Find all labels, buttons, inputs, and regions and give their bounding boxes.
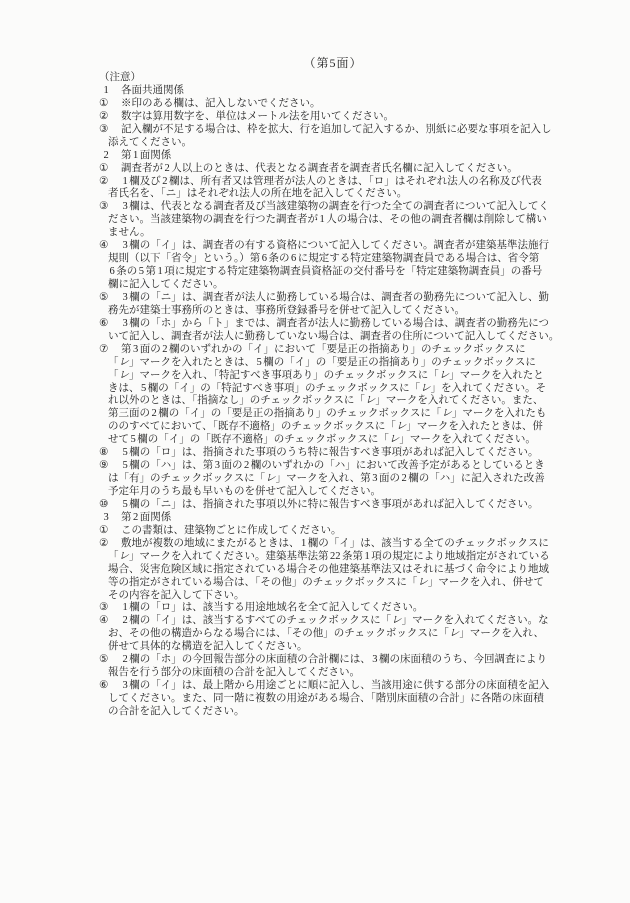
note-item-line: ⑨5欄の「ハ」は、第3面の2欄のいずれかの「ハ」において改善予定があるとしている…: [99, 460, 610, 473]
item-number: ③: [99, 124, 121, 137]
note-item-continuation: 場合、災害危険区域に指定されている場合その他建築基準法又はそれに基づく命令により…: [99, 564, 610, 577]
section-heading-2: 2第1面関係: [99, 150, 610, 163]
item-text: 2欄の「ホ」の今回報告部分の床面積の合計欄には、3欄の床面積のうち、今回調査によ…: [121, 654, 547, 665]
note-item-continuation: 欄に記入してください。: [99, 279, 610, 292]
note-item-continuation: 規則（以下「省令」という。）第6条の6に規定する特定建築物調査員である場合は、省…: [99, 253, 610, 266]
note-item-line: ⑥3欄の「イ」は、最上階から用途ごとに順に記入し、当該用途に供する部分の床面積を…: [99, 680, 610, 693]
check-mark-glyph: レ: [119, 357, 130, 368]
note-item-line: ②1欄及び2欄は、所有者又は管理者が法人のときは、「ロ」はそれぞれ法人の名称及び…: [99, 176, 610, 189]
note-item-line: ①この書類は、建築物ごとに作成してください。: [99, 525, 610, 538]
item-number: ⑩: [99, 499, 121, 512]
note-item-continuation: ののすべてにおいて、「既存不適格」のチェックボックスに「レ」マークを入れたときは…: [99, 421, 610, 434]
item-number: ④: [99, 615, 121, 628]
item-number: ①: [99, 163, 121, 176]
item-number: ⑨: [99, 460, 121, 473]
item-text: 3欄の「イ」は、調査者の有する資格について記入してください。調査者が建築基準法施…: [121, 240, 549, 251]
note-item-continuation: せて5欄の「イ」の「既存不適格」のチェックボックスに「レ」マークを入れてください…: [99, 434, 610, 447]
item-number: ⑦: [99, 344, 121, 357]
item-text: 3欄は、代表となる調査者及び当該建築物の調査を行つた全ての調査者について記入して…: [121, 201, 549, 212]
notes-body: （注意） 1各面共通関係①※印のある欄は、記入しないでください。②数字は算用数字…: [99, 72, 610, 719]
item-text: 5欄の「ニ」は、指摘された事項以外に特に報告すべき事項があれば記入してください。: [121, 499, 539, 510]
section-heading-3: 3第2面関係: [99, 512, 610, 525]
note-item-continuation: は「有」のチェックボックスに「レ」マークを入れ、第3面の2欄の「ハ」に記入された…: [99, 473, 610, 486]
item-text: 2欄の「イ」は、該当するすべてのチェックボックスに「レ」マークを入れてください。…: [121, 615, 549, 626]
item-number: ②: [99, 111, 121, 124]
item-text: 1欄の「ロ」は、該当する用途地域名を全て記入してください。: [121, 602, 423, 613]
item-number: ⑤: [99, 654, 121, 667]
section-title: 各面共通関係: [121, 85, 184, 96]
note-item-line: ⑧5欄の「ロ」は、指摘された事項のうち特に報告すべき事項があれば記入してください…: [99, 447, 610, 460]
note-item-continuation: 予定年月のうち最も早いものを併せて記入してください。: [99, 486, 610, 499]
item-text: 5欄の「ロ」は、指摘された事項のうち特に報告すべき事項があれば記入してください。: [121, 447, 539, 458]
note-item-line: ⑤2欄の「ホ」の今回報告部分の床面積の合計欄には、3欄の床面積のうち、今回調査に…: [99, 654, 610, 667]
item-number: ⑧: [99, 447, 121, 460]
note-item-continuation: その内容を記入して下さい。: [99, 590, 610, 603]
note-item-continuation: 添えてください。: [99, 137, 610, 150]
note-item-line: ①※印のある欄は、記入しないでください。: [99, 98, 610, 111]
sections-container: 1各面共通関係①※印のある欄は、記入しないでください。②数字は算用数字を、単位は…: [99, 85, 610, 719]
note-item-line: ③1欄の「ロ」は、該当する用途地域名を全て記入してください。: [99, 602, 610, 615]
section-number: 1: [99, 85, 121, 98]
item-text: 3欄の「イ」は、最上階から用途ごとに順に記入し、当該用途に供する部分の床面積を記…: [121, 680, 549, 691]
note-item-line: ⑩5欄の「ニ」は、指摘された事項以外に特に報告すべき事項があれば記入してください…: [99, 499, 610, 512]
item-number: ③: [99, 602, 121, 615]
page-title: （第5面）: [0, 56, 630, 70]
item-text: 1欄及び2欄は、所有者又は管理者が法人のときは、「ロ」はそれぞれ法人の名称及び代…: [121, 176, 542, 187]
check-mark-glyph: レ: [119, 551, 130, 562]
note-item-line: ①調査者が2人以上のときは、代表となる調査者を調査者氏名欄に記入してください。: [99, 163, 610, 176]
item-text: 数字は算用数字を、単位はメートル法を用いてください。: [121, 111, 394, 122]
item-text: 敷地が複数の地域にまたがるときは、1欄の「イ」は、該当する全てのチェックボックス…: [121, 538, 549, 549]
check-mark-glyph: レ: [396, 421, 407, 432]
notice-label: （注意）: [99, 72, 610, 85]
check-mark-glyph: レ: [441, 408, 452, 419]
item-number: ⑥: [99, 680, 121, 693]
note-item-line: ⑤3欄の「ニ」は、調査者が法人に勤務している場合は、調査者の勤務先について記入し…: [99, 292, 610, 305]
note-item-continuation: ださい。当該建築物の調査を行つた調査者が1人の場合は、その他の調査者欄は削除して…: [99, 214, 610, 227]
note-item-continuation: 併せて具体的な構造を記入してください。: [99, 641, 610, 654]
item-text: ※印のある欄は、記入しないでください。: [121, 98, 321, 109]
note-item-line: ④3欄の「イ」は、調査者の有する資格について記入してください。調査者が建築基準法…: [99, 240, 610, 253]
check-mark-glyph: レ: [119, 370, 130, 381]
section-title: 第1面関係: [121, 150, 171, 161]
item-text: 調査者が2人以上のときは、代表となる調査者を調査者氏名欄に記入してください。: [121, 163, 518, 174]
item-text: 3欄の「ニ」は、調査者が法人に勤務している場合は、調査者の勤務先について記入し、…: [121, 292, 549, 303]
item-number: ⑥: [99, 318, 121, 331]
document-page: （第5面） （注意） 1各面共通関係①※印のある欄は、記入しないでください。②数…: [0, 0, 630, 903]
note-item-line: ③記入欄が不足する場合は、枠を拡大、行を追加して記入するか、別紙に必要な事項を記…: [99, 124, 610, 137]
note-item-continuation: お、その他の構造からなる場合には、「その他」のチェックボックスに「レ」マークを入…: [99, 628, 610, 641]
item-number: ③: [99, 201, 121, 214]
item-text: 第3面の2欄のいずれかの「イ」において「要是正の指摘あり」のチェックボックスに: [121, 344, 526, 355]
section-title: 第2面関係: [121, 512, 171, 523]
check-mark-glyph: レ: [439, 370, 450, 381]
check-mark-glyph: レ: [449, 628, 460, 639]
note-item-continuation: れ以外のときは、「指摘なし」のチェックボックスに「レ」マークを入れてください。ま…: [99, 395, 610, 408]
section-number: 3: [99, 512, 121, 525]
check-mark-glyph: レ: [389, 434, 400, 445]
note-item-line: ③3欄は、代表となる調査者及び当該建築物の調査を行つた全ての調査者について記入し…: [99, 201, 610, 214]
item-text: この書類は、建築物ごとに作成してください。: [121, 525, 342, 536]
note-item-continuation: 「レ」マークを入れたときは、5欄の「イ」の「要是正の指摘あり」のチェックボックス…: [99, 357, 610, 370]
note-item-continuation: 報告を行う部分の床面積の合計を記入してください。: [99, 667, 610, 680]
item-number: ②: [99, 176, 121, 189]
item-number: ①: [99, 525, 121, 538]
note-item-line: ②数字は算用数字を、単位はメートル法を用いてください。: [99, 111, 610, 124]
note-item-line: ⑥3欄の「ホ」から「ト」までは、調査者が法人に勤務している場合は、調査者の勤務先…: [99, 318, 610, 331]
item-number: ④: [99, 240, 121, 253]
note-item-continuation: 第三面の2欄の「イ」の「要是正の指摘あり」のチェックボックスに「レ」マークを入れ…: [99, 408, 610, 421]
note-item-continuation: 者氏名を、「ニ」はそれぞれ法人の所在地を記入してください。: [99, 188, 610, 201]
note-item-continuation: いて記入し、調査者が法人に勤務していない場合は、調査者の住所について記入してくだ…: [99, 331, 610, 344]
item-text: 3欄の「ホ」から「ト」までは、調査者が法人に勤務している場合は、調査者の勤務先に…: [121, 318, 549, 329]
note-item-line: ④2欄の「イ」は、該当するすべてのチェックボックスに「レ」マークを入れてください…: [99, 615, 610, 628]
note-item-continuation: 務先が建築士事務所のときは、事務所登録番号を併せて記入してください。: [99, 305, 610, 318]
check-mark-glyph: レ: [417, 577, 428, 588]
note-item-continuation: の合計を記入してください。: [99, 706, 610, 719]
note-item-continuation: 「レ」マークを入れてください。建築基準法第22条第1項の規定により地域指定がされ…: [99, 551, 610, 564]
note-item-continuation: きは、5欄の「イ」の「特記すべき事項」のチェックボックスに「レ」を入れてください…: [99, 383, 610, 396]
item-number: ②: [99, 538, 121, 551]
note-item-continuation: してください。また、同一階に複数の用途がある場合、「階別床面積の合計」に各階の床…: [99, 693, 610, 706]
note-item-continuation: ません。: [99, 227, 610, 240]
item-number: ⑤: [99, 292, 121, 305]
item-text: 記入欄が不足する場合は、枠を拡大、行を追加して記入するか、別紙に必要な事項を記入…: [121, 124, 552, 135]
check-mark-glyph: レ: [391, 615, 402, 626]
note-item-line: ⑦第3面の2欄のいずれかの「イ」において「要是正の指摘あり」のチェックボックスに: [99, 344, 610, 357]
check-mark-glyph: レ: [265, 473, 276, 484]
check-mark-glyph: レ: [365, 395, 376, 406]
note-item-line: ②敷地が複数の地域にまたがるときは、1欄の「イ」は、該当する全てのチェックボック…: [99, 538, 610, 551]
note-item-continuation: 等の指定がされている場合は、「その他」のチェックボックスに「レ」マークを入れ、併…: [99, 577, 610, 590]
item-text: 5欄の「ハ」は、第3面の2欄のいずれかの「ハ」において改善予定があるとしていると…: [121, 460, 545, 471]
item-number: ①: [99, 98, 121, 111]
note-item-continuation: 6条の5第1項に規定する特定建築物調査員資格証の交付番号を「特定建築物調査員」の…: [99, 266, 610, 279]
section-number: 2: [99, 150, 121, 163]
check-mark-glyph: レ: [420, 383, 431, 394]
note-item-continuation: 「レ」マークを入れ、「特記すべき事項あり」のチェックボックスに「レ」マークを入れ…: [99, 370, 610, 383]
section-heading-1: 1各面共通関係: [99, 85, 610, 98]
